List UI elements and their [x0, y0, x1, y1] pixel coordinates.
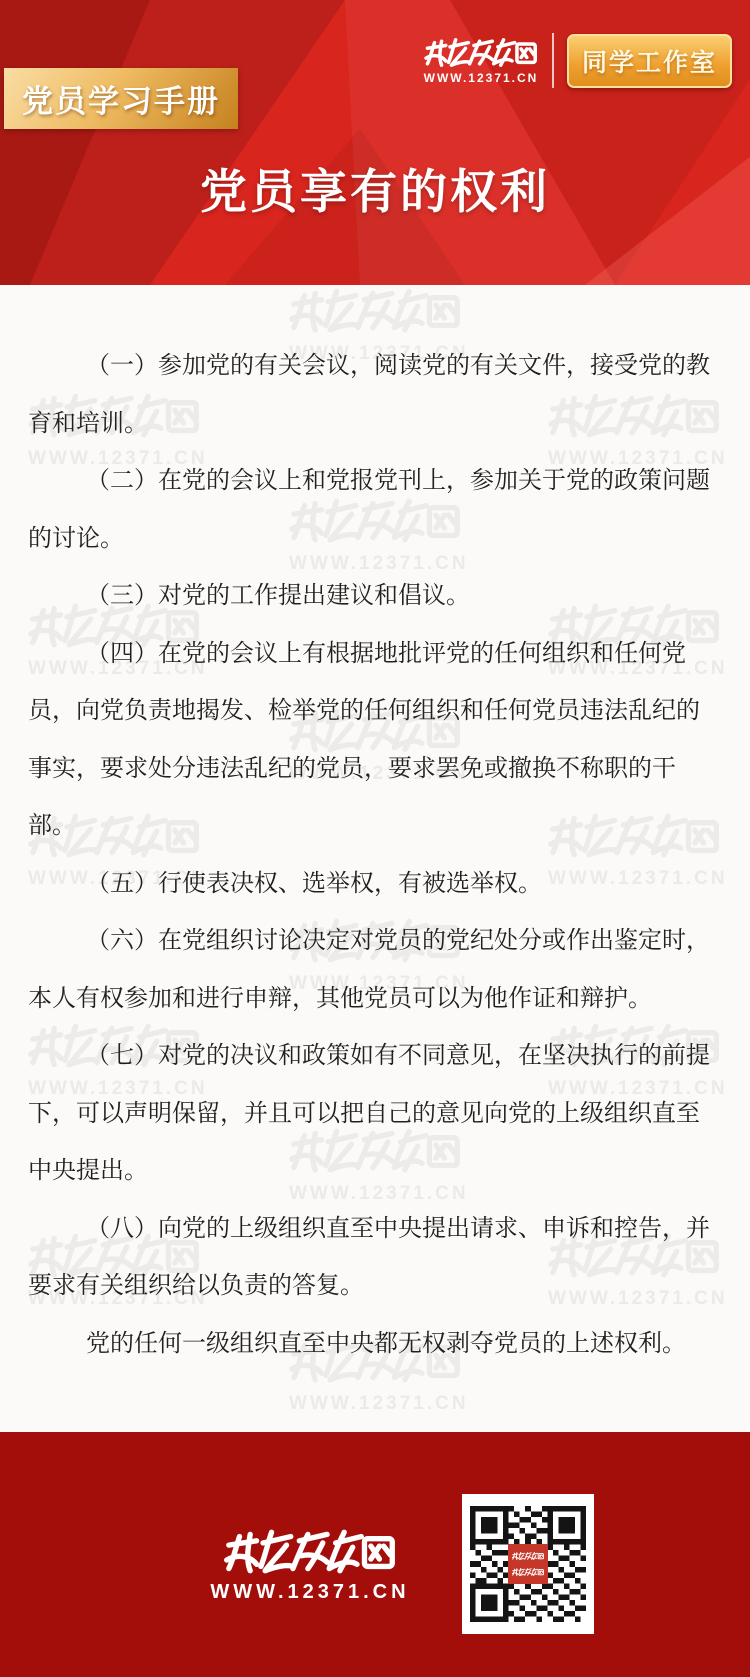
- paragraph: （八）向党的上级组织直至中央提出请求、申诉和控告，并要求有关组织给以负责的答复。: [28, 1200, 722, 1315]
- qr-center-calligraphy-icon: [512, 1549, 544, 1563]
- site-url: WWW.12371.CN: [424, 71, 539, 85]
- paragraph: 党的任何一级组织直至中央都无权剥夺党员的上述权利。: [28, 1315, 722, 1373]
- paragraph: （四）在党的会议上有根据地批评党的任何组织和任何党员，向党负责地揭发、检举党的任…: [28, 625, 722, 855]
- paragraph: （一）参加党的有关会议，阅读党的有关文件，接受党的教育和培训。: [28, 337, 722, 452]
- rights-list: （一）参加党的有关会议，阅读党的有关文件，接受党的教育和培训。（二）在党的会议上…: [0, 285, 750, 1372]
- footer-logo-calligraphy-icon: [221, 1528, 399, 1575]
- footer: WWW.12371.CN: [0, 1432, 750, 1677]
- site-logo: WWW.12371.CN: [423, 37, 539, 85]
- content: WWW.12371.CNWWW.12371.CNWWW.12371.CNWWW.…: [0, 285, 750, 1432]
- site-logo-calligraphy-icon: [423, 37, 539, 68]
- brand-bar: WWW.12371.CN 同学工作室: [423, 33, 732, 88]
- qr-center-logo: [508, 1544, 548, 1584]
- header: WWW.12371.CN 同学工作室 党员学习手册 党员享有的权利: [0, 0, 750, 285]
- manual-badge: 党员学习手册: [4, 68, 238, 129]
- qr-code: [462, 1494, 594, 1634]
- poster: WWW.12371.CN 同学工作室 党员学习手册 党员享有的权利 WWW.12…: [0, 0, 750, 1677]
- footer-site-url: WWW.12371.CN: [210, 1581, 409, 1604]
- paragraph: （七）对党的决议和政策如有不同意见，在坚决执行的前提下，可以声明保留，并且可以把…: [28, 1027, 722, 1200]
- paragraph: （五）行使表决权、选举权，有被选举权。: [28, 855, 722, 913]
- footer-logo: WWW.12371.CN: [160, 1528, 460, 1604]
- divider: [552, 33, 554, 88]
- watermark-url: WWW.12371.CN: [289, 1393, 469, 1415]
- paragraph: （三）对党的工作提出建议和倡议。: [28, 567, 722, 625]
- qr-center-calligraphy-icon: [512, 1565, 544, 1579]
- paragraph: （二）在党的会议上和党报党刊上，参加关于党的政策问题的讨论。: [28, 452, 722, 567]
- paragraph: （六）在党组织讨论决定对党员的党纪处分或作出鉴定时，本人有权参加和进行申辩，其他…: [28, 912, 722, 1027]
- studio-badge: 同学工作室: [567, 34, 732, 88]
- page-title: 党员享有的权利: [0, 155, 750, 222]
